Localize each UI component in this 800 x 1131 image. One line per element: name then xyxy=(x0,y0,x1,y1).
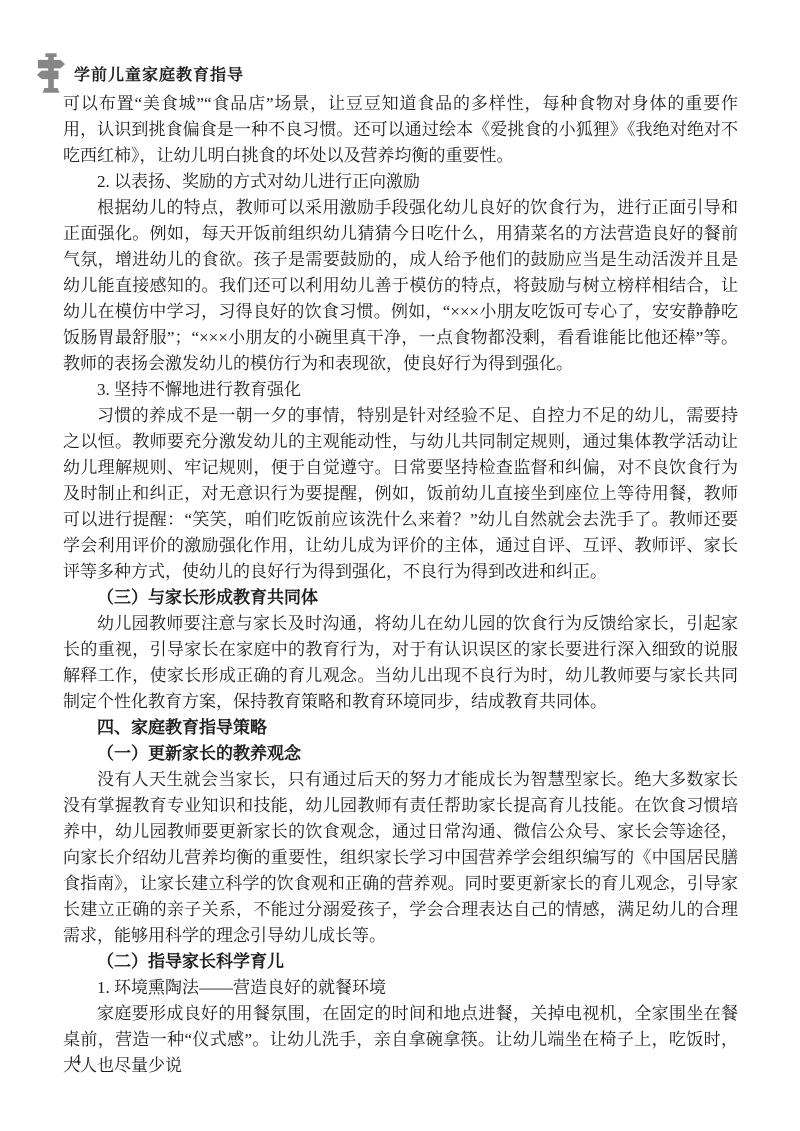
paragraph: 根据幼儿的特点，教师可以采用激励手段强化幼儿良好的饮食行为，进行正面引导和正面强… xyxy=(63,195,738,377)
page-content: 可以布置“美食城”“食品店”场景，让豆豆知道食品的多样性，每种食物对身体的重要作… xyxy=(63,91,738,1079)
paragraph-continued: 可以布置“美食城”“食品店”场景，让豆豆知道食品的多样性，每种食物对身体的重要作… xyxy=(63,91,738,169)
book-title: 学前儿童家庭教育指导 xyxy=(74,62,244,85)
numbered-item: 1. 环境熏陶法——营造良好的就餐环境 xyxy=(63,975,738,1001)
paragraph: 没有人天生就会当家长，只有通过后天的努力才能成长为智慧型家长。绝大多数家长没有掌… xyxy=(63,767,738,949)
section-heading: （三）与家长形成教育共同体 xyxy=(63,585,738,611)
section-heading: （一）更新家长的教养观念 xyxy=(63,741,738,767)
paragraph: 习惯的养成不是一朝一夕的事情，特别是针对经验不足、自控力不足的幼儿，需要持之以恒… xyxy=(63,403,738,585)
paragraph: 家庭要形成良好的用餐氛围，在固定的时间和地点进餐，关掉电视机，全家围坐在餐桌前，… xyxy=(63,1001,738,1079)
book-page: { "header": { "title": "学前儿童家庭教育指导", "lo… xyxy=(0,0,800,1131)
signpost-icon xyxy=(36,52,66,94)
chapter-heading: 四、家庭教育指导策略 xyxy=(63,715,738,741)
numbered-item: 2. 以表扬、奖励的方式对幼儿进行正向激励 xyxy=(63,169,738,195)
numbered-item: 3. 坚持不懈地进行教育强化 xyxy=(63,377,738,403)
page-number: 4 xyxy=(73,1052,81,1070)
running-header: 学前儿童家庭教育指导 xyxy=(36,52,244,94)
paragraph: 幼儿园教师要注意与家长及时沟通，将幼儿在幼儿园的饮食行为反馈给家长，引起家长的重… xyxy=(63,611,738,715)
section-heading: （二）指导家长科学育儿 xyxy=(63,949,738,975)
